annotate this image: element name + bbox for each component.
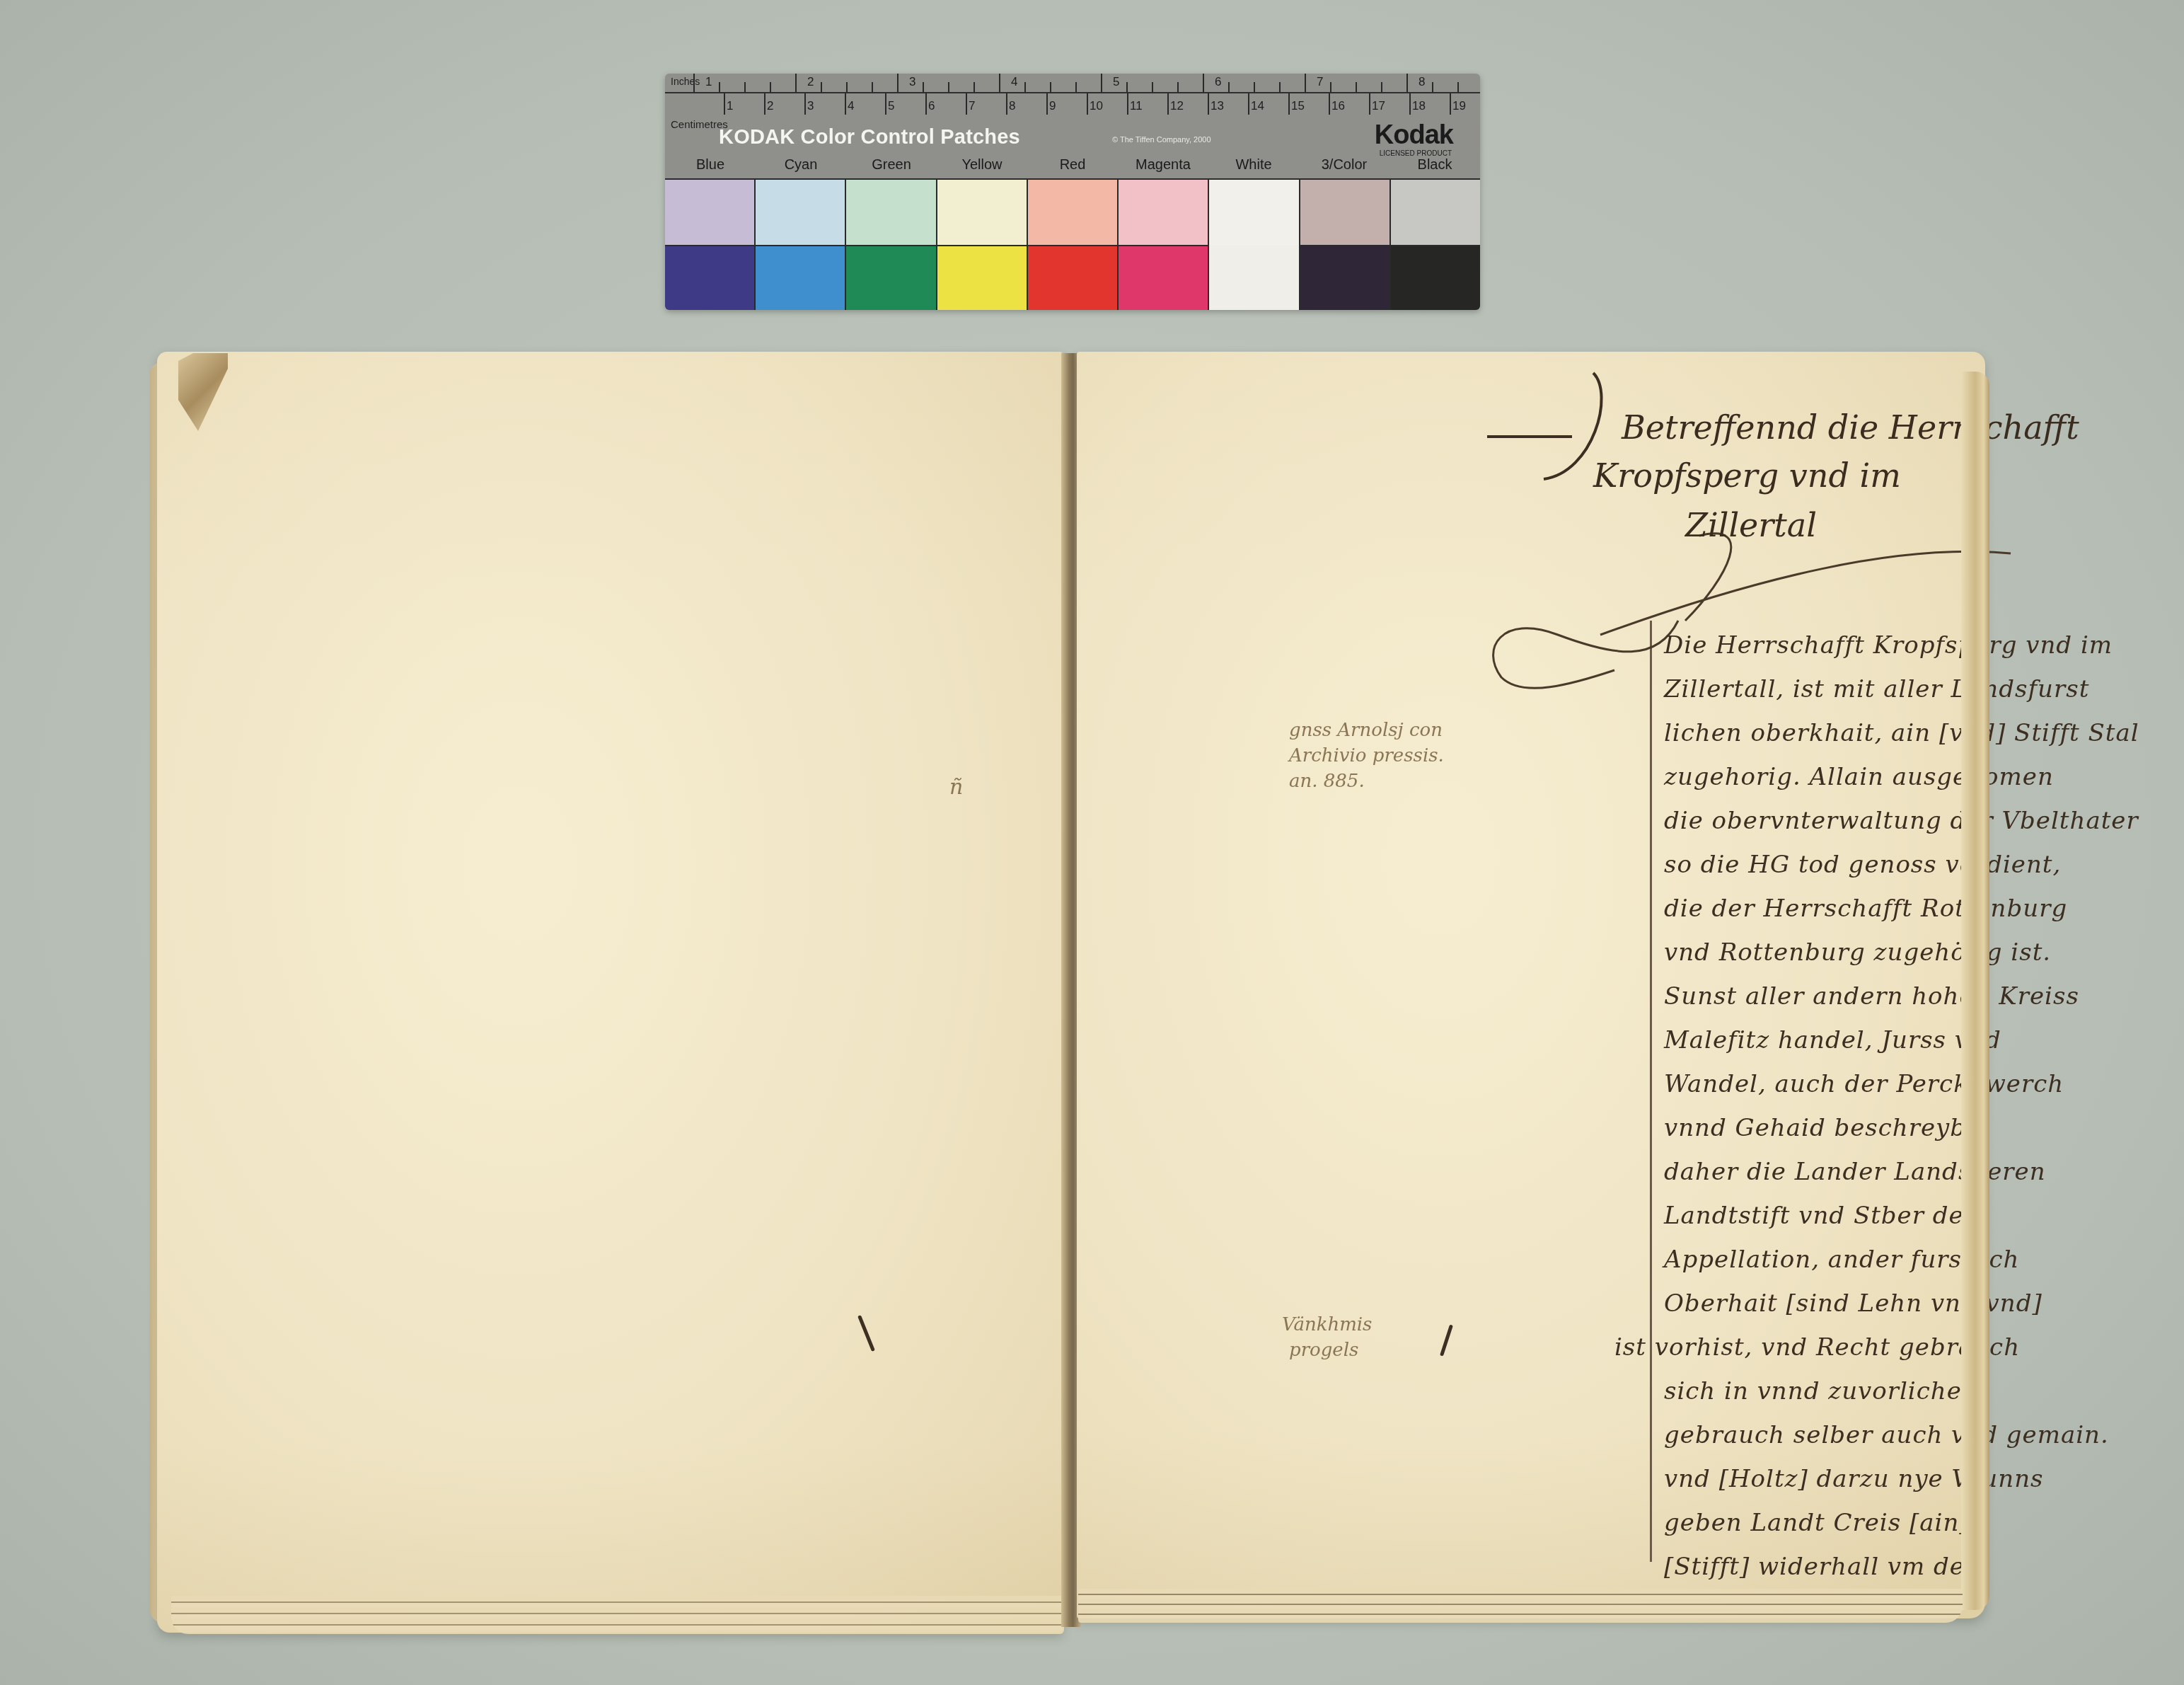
left-page: ñ	[157, 352, 1063, 1633]
cm-tick-label: 18	[1412, 99, 1426, 113]
cm-tick-label: 11	[1130, 99, 1143, 113]
inch-tick-label: 1	[705, 75, 712, 89]
inch-tick	[719, 82, 720, 92]
patch-label-magenta: Magenta	[1118, 157, 1208, 178]
strip-title: KODAK Color Control Patches	[719, 126, 1020, 149]
patch-column-magenta	[1119, 180, 1209, 310]
inch-tick-label: 4	[1011, 75, 1017, 89]
patch-light	[756, 180, 845, 246]
inch-tick-label: 5	[1113, 75, 1119, 89]
color-patches	[665, 178, 1480, 310]
cm-tick	[1409, 93, 1411, 115]
manuscript-volume: ñ Betreffennd die Herrschafft Kropfsperg…	[150, 343, 2004, 1645]
manuscript-line: Sunst aller andern hohen Kreiss	[1664, 982, 2079, 1011]
cm-tick	[1450, 93, 1451, 115]
margin-note-bottom-line-1: Vänkhmis	[1282, 1314, 1372, 1335]
inch-tick	[846, 82, 848, 92]
inch-tick	[1305, 74, 1306, 92]
patch-column-yellow	[937, 180, 1028, 310]
patch-dark	[665, 246, 754, 310]
inch-tick	[1152, 82, 1153, 92]
cm-tick	[1208, 93, 1209, 115]
cm-tick-label: 10	[1090, 99, 1103, 113]
inches-label: Inches	[671, 76, 700, 87]
cm-tick	[966, 93, 967, 115]
manuscript-line: Malefitz handel, Jurss vnd	[1664, 1026, 2001, 1054]
cm-tick	[1369, 93, 1370, 115]
cm-tick-label: 17	[1372, 99, 1385, 113]
manuscript-line: lichen oberkhait, ain [vnd] Stifft Stal	[1664, 719, 2139, 747]
patch-label-red: Red	[1027, 157, 1118, 178]
left-bottom-edge-stack	[171, 1596, 1064, 1634]
manuscript-line: die obervnterwaltung der Vbelthater	[1664, 807, 2139, 835]
cm-tick	[804, 93, 806, 115]
inch-tick	[1050, 82, 1051, 92]
manuscript-line: geben Landt Creis [ain]	[1664, 1509, 1970, 1537]
pen-stroke-mark	[1440, 1324, 1453, 1356]
inch-tick	[999, 74, 1000, 92]
manuscript-line: so die HG tod genoss verdient,	[1664, 851, 2061, 879]
strip-copyright: © The Tiffen Company, 2000	[1112, 136, 1211, 144]
patch-light	[1209, 180, 1298, 246]
patch-light	[665, 180, 754, 246]
manuscript-line: Landtstift vnd Stber der	[1664, 1202, 1976, 1230]
manuscript-line: zugehorig. Allain ausgenomen	[1664, 763, 2054, 791]
inch-tick	[948, 82, 949, 92]
patch-column-cyan	[756, 180, 846, 310]
right-bottom-edge-stack	[1078, 1589, 1963, 1623]
patch-label-black: Black	[1389, 157, 1480, 178]
cm-tick	[1288, 93, 1290, 115]
cm-tick	[925, 93, 927, 115]
cm-tick	[1167, 93, 1169, 115]
patch-light	[846, 180, 935, 246]
manuscript-line: die der Herrschafft Rottenburg	[1664, 895, 2067, 923]
patch-dark	[937, 246, 1027, 310]
patch-light	[1119, 180, 1208, 246]
inch-tick	[693, 74, 695, 92]
manuscript-line: vnnd Gehaid beschreybt.	[1664, 1114, 1985, 1142]
right-page: Betreffennd die Herrschafft Kropfsperg v…	[1077, 352, 1985, 1618]
cm-tick-label: 7	[969, 99, 975, 113]
cm-tick	[724, 93, 725, 115]
patch-column-white	[1209, 180, 1300, 310]
inch-tick	[1126, 82, 1128, 92]
manuscript-line: Wandel, auch der Perckhwerch	[1664, 1070, 2064, 1098]
cm-tick-label: 5	[888, 99, 894, 113]
inch-tick-label: 7	[1317, 75, 1323, 89]
patch-light	[1300, 180, 1389, 246]
margin-note-bottom-line-2: progels	[1289, 1340, 1358, 1361]
inch-tick	[795, 74, 797, 92]
inch-tick	[770, 82, 771, 92]
patch-light	[937, 180, 1027, 246]
patch-label-cyan: Cyan	[756, 157, 846, 178]
patch-dark	[1028, 246, 1117, 310]
cm-tick	[1006, 93, 1007, 115]
patch-column-black	[1391, 180, 1480, 310]
margin-note-top-line-1: gnss Arnolsj con	[1289, 720, 1443, 741]
cm-tick	[1329, 93, 1330, 115]
inch-tick	[1075, 82, 1077, 92]
patch-light	[1391, 180, 1480, 246]
cm-tick-label: 6	[928, 99, 935, 113]
title-line-2: Kropfsperg vnd im	[1593, 456, 1901, 495]
inch-tick	[1203, 74, 1204, 92]
patch-label-green: Green	[846, 157, 937, 178]
cm-tick	[1127, 93, 1128, 115]
cm-tick-label: 8	[1009, 99, 1015, 113]
margin-rule-line	[1650, 621, 1652, 1562]
patch-labels: BlueCyanGreenYellowRedMagentaWhite3/Colo…	[665, 157, 1480, 178]
inch-tick	[1101, 74, 1102, 92]
inch-tick	[1228, 82, 1230, 92]
inch-tick	[973, 82, 975, 92]
inch-ruler: Inches 12345678	[665, 74, 1480, 93]
cm-tick-label: 15	[1291, 99, 1305, 113]
cm-tick-label: 4	[848, 99, 854, 113]
cm-tick-label: 16	[1331, 99, 1345, 113]
centimetre-ruler: 12345678910111213141516171819	[665, 93, 1480, 117]
inch-tick-label: 3	[909, 75, 915, 89]
inch-tick	[1279, 82, 1281, 92]
patch-column-green	[846, 180, 937, 310]
pen-stroke-mark	[857, 1315, 875, 1352]
inch-tick	[1457, 82, 1459, 92]
patch-dark	[756, 246, 845, 310]
cm-tick-label: 14	[1251, 99, 1264, 113]
inch-tick	[821, 82, 822, 92]
manuscript-line: vnd Rottenburg zugehörig ist.	[1664, 938, 2051, 967]
patch-label-yellow: Yellow	[937, 157, 1027, 178]
inch-tick	[1432, 82, 1433, 92]
margin-loop-flourish	[1473, 606, 1685, 720]
inch-tick	[1330, 82, 1331, 92]
inch-tick-label: 6	[1215, 75, 1221, 89]
inch-tick	[1381, 82, 1382, 92]
patch-dark	[1300, 246, 1389, 310]
patch-dark	[1391, 246, 1480, 310]
patch-label-white: White	[1208, 157, 1299, 178]
kodak-logo: Kodak	[1375, 120, 1453, 151]
title-line-3: Zillertal	[1685, 506, 1817, 544]
inch-tick	[923, 82, 924, 92]
patch-label-blue: Blue	[665, 157, 756, 178]
cm-tick	[764, 93, 765, 115]
left-page-mark: ñ	[949, 775, 963, 800]
inch-tick	[1356, 82, 1357, 92]
patch-dark	[1209, 246, 1298, 310]
patch-dark	[846, 246, 935, 310]
inch-tick	[744, 82, 746, 92]
kodak-color-control-strip: Inches 12345678 123456789101112131415161…	[665, 74, 1480, 310]
patch-label-3-color: 3/Color	[1299, 157, 1389, 178]
inch-tick	[1254, 82, 1255, 92]
manuscript-line: ist vorhist, vnd Recht gebrauch	[1614, 1333, 2020, 1362]
right-page-edge-stack	[1961, 372, 1989, 1610]
manuscript-line: Die Herrschafft Kropfsperg vnd im	[1664, 631, 2113, 660]
inch-tick	[872, 82, 873, 92]
cm-tick-label: 19	[1452, 99, 1466, 113]
patch-column-3-color	[1300, 180, 1391, 310]
title-line-1: Betreffennd die Herrschafft	[1622, 408, 2079, 447]
manuscript-line: [Stifft] widerhall vm des	[1664, 1553, 1977, 1581]
cm-tick-label: 13	[1211, 99, 1224, 113]
margin-note-top-line-3: an. 885.	[1289, 771, 1365, 792]
cm-tick-label: 12	[1170, 99, 1184, 113]
inch-tick-label: 2	[807, 75, 814, 89]
cm-tick-label: 3	[807, 99, 814, 113]
cm-tick	[1248, 93, 1249, 115]
inch-tick	[1024, 82, 1026, 92]
cm-tick	[1046, 93, 1048, 115]
cm-tick	[845, 93, 846, 115]
inch-tick-label: 8	[1419, 75, 1425, 89]
title-flourish	[1473, 366, 2025, 642]
patch-column-red	[1028, 180, 1119, 310]
cm-tick	[885, 93, 886, 115]
margin-note-top-line-2: Archivio pressis.	[1289, 745, 1444, 766]
patch-light	[1028, 180, 1117, 246]
cm-tick-label: 9	[1049, 99, 1056, 113]
cm-tick	[1087, 93, 1088, 115]
cm-tick-label: 2	[767, 99, 773, 113]
manuscript-line: gebrauch selber auch vnd gemain.	[1664, 1421, 2109, 1449]
inch-tick	[1406, 74, 1408, 92]
patch-column-blue	[665, 180, 756, 310]
patch-dark	[1119, 246, 1208, 310]
inch-tick	[1177, 82, 1179, 92]
inch-tick	[897, 74, 899, 92]
cm-tick-label: 1	[727, 99, 733, 113]
manuscript-line: sich in vnnd zuvorlichen	[1664, 1377, 1978, 1405]
manuscript-line: Zillertall, ist mit aller Landsfurst	[1664, 675, 2089, 703]
